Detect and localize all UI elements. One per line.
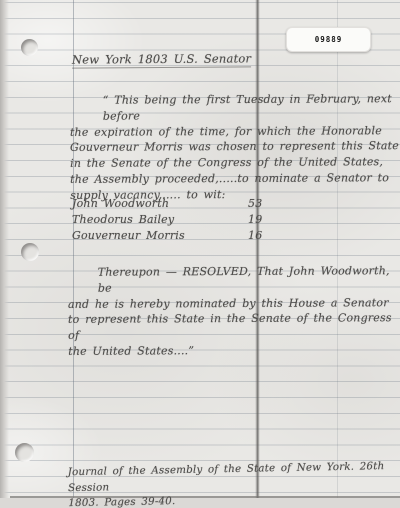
- punch-hole-top: [21, 39, 38, 56]
- tally-row: Theodorus Bailey 19: [72, 212, 392, 228]
- paragraph-line: “ This being the first Tuesday in Februa…: [70, 91, 400, 124]
- paragraph-line: Gouverneur Morris was chosen to represen…: [70, 139, 400, 157]
- barcode-sticker: 09889: [286, 27, 371, 52]
- tally-row: John Woodworth 53: [72, 196, 392, 212]
- scan-texture: [0, 0, 400, 508]
- margin-line: [73, 0, 74, 508]
- paragraph-line: to represent this State in the Senate of…: [68, 311, 400, 344]
- scanned-document-page: 09889 New York 1803 U.S. Senator “ This …: [0, 0, 400, 508]
- tally-vote-count: 19: [248, 212, 262, 228]
- punch-hole-middle: [21, 243, 39, 261]
- paragraph-line: and he is hereby nominated by this House…: [68, 295, 400, 313]
- tally-candidate-name: John Woodworth: [72, 197, 169, 210]
- paragraph-line: the expiration of the time, for which th…: [70, 123, 400, 141]
- ruled-lines: [0, 2, 400, 508]
- tally-vote-count: 16: [248, 228, 262, 244]
- paragraph-line: the Assembly proceeded,.....to nominate …: [70, 170, 400, 188]
- heading-text: New York 1803 U.S. Senator: [72, 51, 251, 68]
- vote-tally: John Woodworth 53 Theodorus Bailey 19 Go…: [72, 196, 392, 244]
- tally-row: Gouverneur Morris 16: [72, 228, 392, 244]
- tally-candidate-name: Gouverneur Morris: [72, 229, 185, 242]
- punch-hole-bottom: [15, 443, 34, 462]
- paragraph-line: the United States....”: [68, 342, 400, 360]
- fold-crease: [255, 0, 260, 508]
- paragraph-line: in the Senate of the Congress of the Uni…: [70, 154, 400, 172]
- document-heading: New York 1803 U.S. Senator: [72, 51, 251, 66]
- paragraph-line: Thereupon — RESOLVED, That John Woodwort…: [68, 263, 400, 296]
- paragraph-proceedings: “ This being the first Tuesday in Februa…: [70, 91, 400, 203]
- sticker-number: 09889: [315, 35, 343, 44]
- faint-crease: [337, 0, 338, 508]
- paragraph-resolution: Thereupon — RESOLVED, That John Woodwort…: [68, 263, 400, 360]
- page-left-edge: [0, 0, 9, 508]
- source-citation: Journal of the Assembly of the State of …: [68, 459, 399, 508]
- tally-vote-count: 53: [248, 196, 262, 212]
- tally-candidate-name: Theodorus Bailey: [72, 213, 174, 226]
